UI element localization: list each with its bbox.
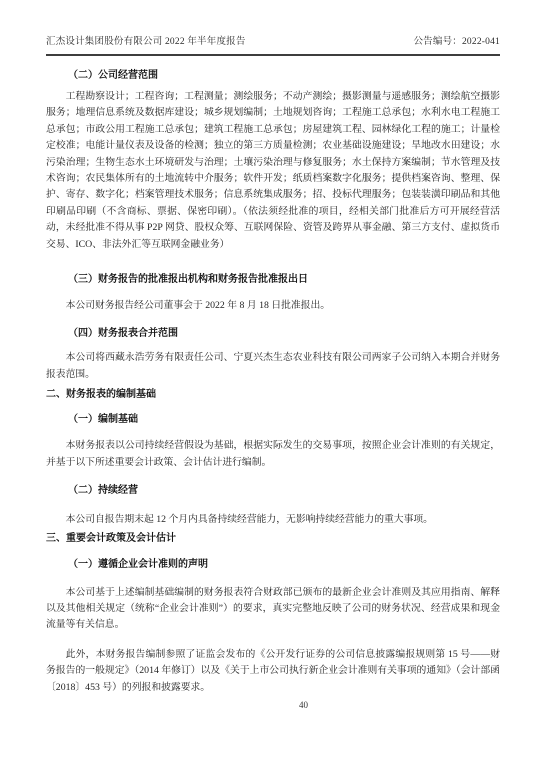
heading-business-scope: （二）公司经营范围 [68, 69, 500, 82]
page-footer: 40 [0, 700, 545, 710]
paragraph-csrc-disclosure-rules: 此外，本财务报告编制参照了证监会发布的《公开发行证券的公司信息披露编报规则第 1… [46, 647, 500, 696]
heading-compliance-statement: （一）遵循企业会计准则的声明 [68, 558, 500, 571]
heading-accounting-policies-section: 三、重要会计政策及会计估计 [46, 532, 500, 545]
heading-consolidation-scope: （四）财务报表合并范围 [68, 327, 500, 340]
heading-going-concern: （二）持续经营 [68, 484, 500, 497]
paragraph-report-approval: 本公司财务报告经公司董事会于 2022 年 8 月 18 日批准报出。 [46, 298, 500, 314]
report-title: 汇杰设计集团股份有限公司 2022 年半年度报告 [46, 36, 246, 48]
page-header: 汇杰设计集团股份有限公司 2022 年半年度报告 公告编号：2022-041 [46, 36, 500, 56]
paragraph-going-concern: 本公司自报告期末起 12 个月内具备持续经营能力，无影响持续经营能力的重大事项。 [46, 512, 500, 528]
heading-preparation-basis-section: 二、财务报表的编制基础 [46, 388, 500, 401]
document-body: （二）公司经营范围 工程勘察设计；工程咨询；工程测量；测绘服务；不动产测绘；摄影… [46, 69, 500, 696]
page-number: 40 [299, 700, 308, 710]
heading-report-approval: （三）财务报告的批准报出机构和财务报告批准报出日 [68, 273, 500, 286]
announcement-number: 公告编号：2022-041 [413, 36, 500, 48]
paragraph-preparation-basis: 本财务报表以公司持续经营假设为基础，根据实际发生的交易事项，按照企业会计准则的有… [46, 438, 500, 471]
paragraph-consolidation-scope: 本公司将西藏永浩劳务有限责任公司、宁夏兴杰生态农业科技有限公司两家子公司纳入本期… [46, 350, 500, 383]
paragraph-business-scope: 工程勘察设计；工程咨询；工程测量；测绘服务；不动产测绘；摄影测量与遥感服务；测绘… [46, 89, 500, 253]
report-page: 汇杰设计集团股份有限公司 2022 年半年度报告 公告编号：2022-041 （… [0, 0, 545, 771]
paragraph-compliance-statement: 本公司基于上述编制基础编制的财务报表符合财政部已颁布的最新企业会计准则及其应用指… [46, 585, 500, 634]
heading-preparation-basis: （一）编制基础 [68, 413, 500, 426]
